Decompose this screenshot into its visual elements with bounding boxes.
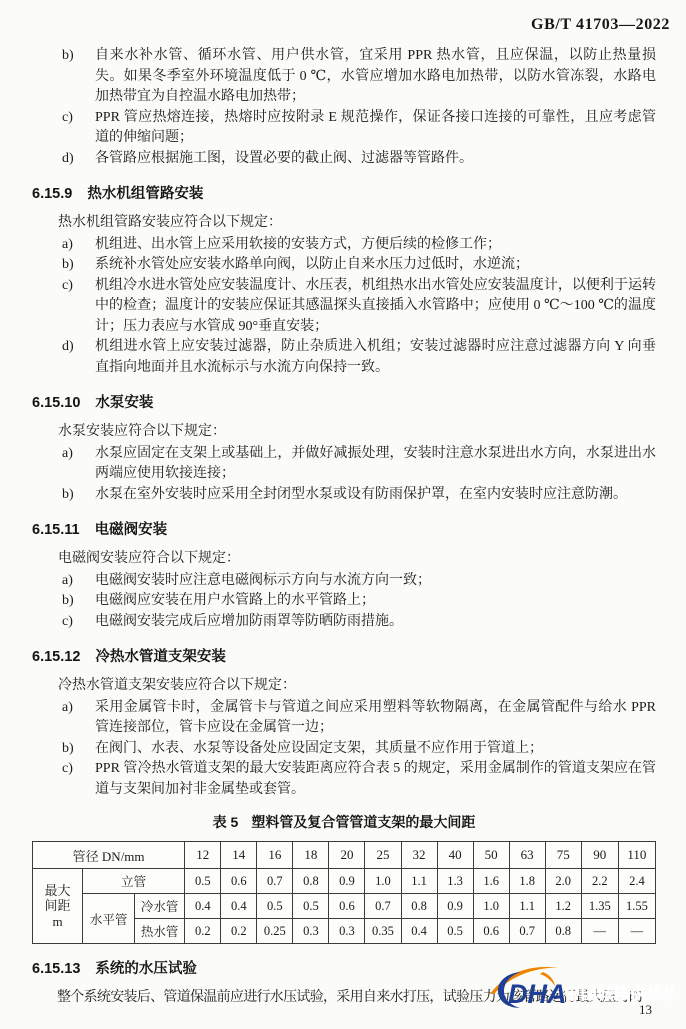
- section-intro: 冷热水管道支架安装应符合以下规定：: [58, 676, 656, 697]
- list-item: a) 电磁阀安装时应注意电磁阀标示方向与水流方向一致；: [62, 571, 656, 592]
- list-item: c) 电磁阀安装完成后应增加防雨罩等防晒防雨措施。: [62, 612, 656, 633]
- list-item: c) 机组冷水进水管处应安装温度计、水压表，机组热水出水管处应安装温度计，以便利…: [62, 276, 656, 338]
- section-title: 电磁阀安装: [95, 520, 168, 540]
- table-cell: —: [581, 919, 618, 944]
- table-cell: 0.9: [329, 869, 365, 894]
- table-header-cell: 20: [329, 842, 365, 869]
- table-header-row: 管径 DN/mm 12 14 16 18 20 25 32 40 50 63 7…: [33, 842, 656, 869]
- table-group-label: 最大 间距 m: [33, 869, 83, 944]
- table-cell: 1.1: [401, 869, 437, 894]
- list-item-text: 机组冷水进水管处应安装温度计、水压表，机组热水出水管处应安装温度计，以便利于运转…: [95, 276, 656, 338]
- doc-number-header: GB/T 41703—2022: [0, 0, 686, 34]
- table-cell: 0.8: [545, 919, 581, 944]
- section-intro: 电磁阀安装应符合以下规定：: [58, 549, 656, 570]
- list-item: c) PPR 管冷热水管道支架的最大安装距离应符合表 5 的规定，采用金属制作的…: [62, 759, 656, 800]
- list-item-marker: a): [62, 444, 95, 485]
- table-title-text: 塑料管及复合管管道支架的最大间距: [251, 814, 475, 830]
- list-item-text: PPR 管应热熔连接，热熔时应按附录 E 规范操作，保证各接口连接的可靠性，且应…: [95, 108, 656, 149]
- list-item: a) 水泵应固定在支架上或基础上，并做好减振处理，安装时注意水泵进出水方向，水泵…: [62, 444, 656, 485]
- list-item-marker: b): [62, 739, 95, 760]
- table-cell: 1.0: [365, 869, 401, 894]
- section-number: 6.15.10: [32, 393, 80, 413]
- section-title: 热水机组管路安装: [87, 184, 203, 204]
- table-cell: 1.2: [545, 894, 581, 919]
- section-heading-6-15-12: 6.15.12 冷热水管道支架安装: [32, 647, 656, 667]
- section-title: 冷热水管道支架安装: [95, 647, 226, 667]
- section-heading-6-15-13: 6.15.13 系统的水压试验: [32, 959, 656, 979]
- leading-list: b) 自来水补水管、循环水管、用户供水管，宜采用 PPR 热水管，且应保温，以防…: [32, 46, 656, 169]
- table-header-cell: 110: [618, 842, 655, 869]
- list-item-text: 各管路应根据施工图，设置必要的截止阀、过滤器等管路件。: [95, 149, 656, 170]
- table-cell: 0.7: [257, 869, 293, 894]
- table-cell: 1.35: [581, 894, 618, 919]
- table-header-cell: 75: [545, 842, 581, 869]
- list-item-text: 机组进、出水管上应采用软接的安装方式，方便后续的检修工作；: [95, 235, 656, 256]
- list-item-text: 水泵在室外安装时应采用全封闭型水泵或设有防雨保护罩，在室内安装时应注意防潮。: [95, 485, 656, 506]
- table-cell: 0.2: [185, 919, 221, 944]
- table-cell: 0.9: [437, 894, 473, 919]
- table-header-cell: 32: [401, 842, 437, 869]
- list-item-marker: a): [62, 235, 95, 256]
- list-item: a) 机组进、出水管上应采用软接的安装方式，方便后续的检修工作；: [62, 235, 656, 256]
- table-header-cell: 18: [293, 842, 329, 869]
- table-header-cell: 25: [365, 842, 401, 869]
- table-cell: 1.55: [618, 894, 655, 919]
- table-cell: 0.5: [437, 919, 473, 944]
- section-intro: 热水机组管路安装应符合以下规定：: [58, 213, 656, 234]
- section-number: 6.15.11: [32, 520, 80, 540]
- list-item: d) 各管路应根据施工图，设置必要的截止阀、过滤器等管路件。: [62, 149, 656, 170]
- list-item-marker: b): [62, 591, 95, 612]
- table-cell: 0.6: [473, 919, 509, 944]
- table-header-cell: 40: [437, 842, 473, 869]
- list-item-text: 电磁阀安装完成后应增加防雨罩等防晒防雨措施。: [95, 612, 656, 633]
- table-cell: 0.3: [329, 919, 365, 944]
- list-item: b) 在阀门、水表、水泵等设备处应设固定支架，其质量不应作用于管道上；: [62, 739, 656, 760]
- section-heading-6-15-9: 6.15.9 热水机组管路安装: [32, 184, 656, 204]
- table-number: 表 5: [213, 814, 239, 830]
- table-cell: 0.2: [221, 919, 257, 944]
- table-cell: 1.6: [473, 869, 509, 894]
- table-cell: 1.0: [473, 894, 509, 919]
- table-subgroup-label: 水平管: [83, 894, 135, 944]
- table-header-cell: 50: [473, 842, 509, 869]
- section-number: 6.15.9: [32, 184, 72, 204]
- list-item-marker: b): [62, 255, 95, 276]
- table-cell: 2.2: [581, 869, 618, 894]
- section-intro: 水泵安装应符合以下规定：: [58, 422, 656, 443]
- table-cell: 0.5: [185, 869, 221, 894]
- table-row-label: 冷水管: [135, 894, 185, 919]
- table-cell: 0.5: [293, 894, 329, 919]
- table-header-cell: 12: [185, 842, 221, 869]
- section-number: 6.15.13: [32, 959, 80, 979]
- table-cell: 0.8: [293, 869, 329, 894]
- table-cell: —: [618, 919, 655, 944]
- table-row-label: 热水管: [135, 919, 185, 944]
- list-item-text: 水泵应固定在支架上或基础上，并做好减振处理，安装时注意水泵进出水方向，水泵进出水…: [95, 444, 656, 485]
- list-item: b) 水泵在室外安装时应采用全封闭型水泵或设有防雨保护罩，在室内安装时应注意防潮…: [62, 485, 656, 506]
- table-cell: 0.7: [509, 919, 545, 944]
- list-item-marker: d): [62, 337, 95, 378]
- table-cell: 1.3: [437, 869, 473, 894]
- list-item-marker: b): [62, 485, 95, 506]
- table-title: 表 5塑料管及复合管管道支架的最大间距: [32, 812, 656, 832]
- table-cell: 1.1: [509, 894, 545, 919]
- list-item: b) 电磁阀应安装在用户水管路上的水平管路上；: [62, 591, 656, 612]
- table-corner-label: 管径 DN/mm: [33, 842, 185, 869]
- list-item-marker: c): [62, 108, 95, 149]
- list-item-text: 采用金属管卡时，金属管卡与管道之间应采用塑料等软物隔离，在金属管配件与给水 PP…: [95, 698, 656, 739]
- table-cell: 0.8: [401, 894, 437, 919]
- list-item-text: 自来水补水管、循环水管、用户供水管，宜采用 PPR 热水管，且应保温，以防止热量…: [95, 46, 656, 108]
- list-item-text: 电磁阀安装时应注意电磁阀标示方向与水流方向一致；: [95, 571, 656, 592]
- list-item-text: 电磁阀应安装在用户水管路上的水平管路上；: [95, 591, 656, 612]
- list-item-marker: a): [62, 698, 95, 739]
- list-item-text: 系统补水管处应安装水路单向阀，以防止自来水压力过低时，水逆流；: [95, 255, 656, 276]
- section-number: 6.15.12: [32, 647, 80, 667]
- list-item-marker: b): [62, 46, 95, 108]
- table-cell: 0.4: [221, 894, 257, 919]
- table-header-cell: 90: [581, 842, 618, 869]
- list-item: c) PPR 管应热熔连接，热熔时应按附录 E 规范操作，保证各接口连接的可靠性…: [62, 108, 656, 149]
- table-cell: 0.4: [185, 894, 221, 919]
- list-item-marker: c): [62, 612, 95, 633]
- list-item-marker: a): [62, 571, 95, 592]
- table-row-label: 立管: [83, 869, 185, 894]
- table-cell: 0.25: [257, 919, 293, 944]
- table-cell: 0.6: [221, 869, 257, 894]
- table-header-cell: 63: [509, 842, 545, 869]
- section-title: 水泵安装: [95, 393, 153, 413]
- table-cell: 0.3: [293, 919, 329, 944]
- table-cell: 1.8: [509, 869, 545, 894]
- support-spacing-table: 管径 DN/mm 12 14 16 18 20 25 32 40 50 63 7…: [32, 841, 656, 944]
- page-number: 13: [639, 1002, 652, 1018]
- section-title: 系统的水压试验: [95, 959, 197, 979]
- list-item-text: PPR 管冷热水管道支架的最大安装距离应符合表 5 的规定，采用金属制作的管道支…: [95, 759, 656, 800]
- section-paragraph: 整个系统安装后、管道保温前应进行水压试验，采用自来水打压，试验压力为该管路运行最…: [57, 988, 656, 1009]
- table-cell: 0.7: [365, 894, 401, 919]
- table-cell: 0.4: [401, 919, 437, 944]
- page-content: b) 自来水补水管、循环水管、用户供水管，宜采用 PPR 热水管，且应保温，以防…: [0, 46, 686, 1009]
- list-item-text: 在阀门、水表、水泵等设备处应设固定支架，其质量不应作用于管道上；: [95, 739, 656, 760]
- list-item-text: 机组进水管上应安装过滤器，防止杂质进入机组；安装过滤器时应注意过滤器方向 Y 向…: [95, 337, 656, 378]
- table-header-cell: 16: [257, 842, 293, 869]
- table-header-cell: 14: [221, 842, 257, 869]
- table-cell: 0.35: [365, 919, 401, 944]
- table-cell: 2.4: [618, 869, 655, 894]
- list-item-marker: c): [62, 276, 95, 338]
- document-page: GB/T 41703—2022 b) 自来水补水管、循环水管、用户供水管，宜采用…: [0, 0, 686, 1029]
- table-row-cold-water: 水平管 冷水管 0.4 0.4 0.5 0.5 0.6 0.7 0.8 0.9 …: [33, 894, 656, 919]
- table-cell: 0.5: [257, 894, 293, 919]
- section-heading-6-15-10: 6.15.10 水泵安装: [32, 393, 656, 413]
- list-item-marker: d): [62, 149, 95, 170]
- table-cell: 0.6: [329, 894, 365, 919]
- list-item: a) 采用金属管卡时，金属管卡与管道之间应采用塑料等软物隔离，在金属管配件与给水…: [62, 698, 656, 739]
- list-item: b) 自来水补水管、循环水管、用户供水管，宜采用 PPR 热水管，且应保温，以防…: [62, 46, 656, 108]
- table-cell: 2.0: [545, 869, 581, 894]
- list-item-marker: c): [62, 759, 95, 800]
- table-row-vertical-pipe: 最大 间距 m 立管 0.5 0.6 0.7 0.8 0.9 1.0 1.1 1…: [33, 869, 656, 894]
- list-item: b) 系统补水管处应安装水路单向阀，以防止自来水压力过低时，水逆流；: [62, 255, 656, 276]
- section-heading-6-15-11: 6.15.11 电磁阀安装: [32, 520, 656, 540]
- list-item: d) 机组进水管上应安装过滤器，防止杂质进入机组；安装过滤器时应注意过滤器方向 …: [62, 337, 656, 378]
